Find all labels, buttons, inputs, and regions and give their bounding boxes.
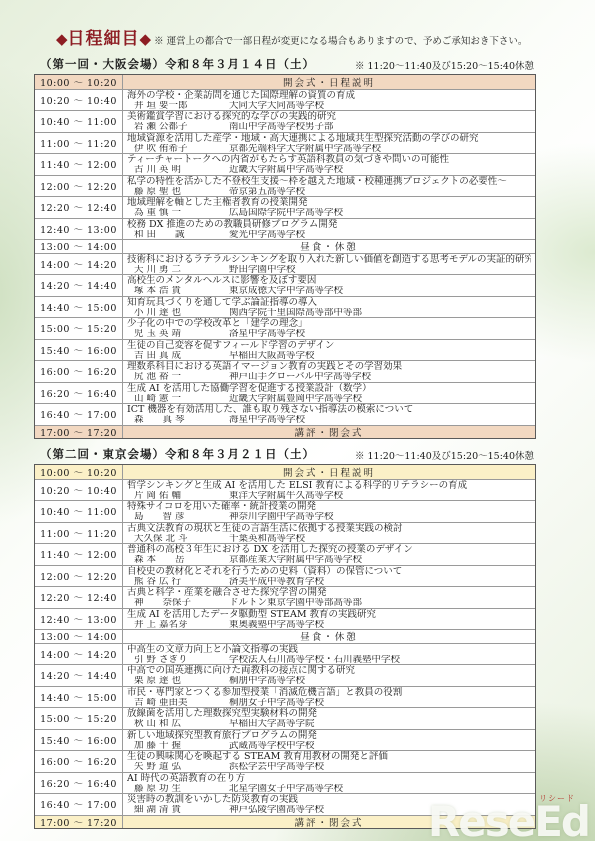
time-slot: 16:00 ～ 16:20 (35, 361, 123, 382)
ceremony-label: 講評・閉会式 (294, 815, 363, 829)
presenter-line: 山 崎 憲 一 近畿大学附属豊岡中学高等学校 (127, 394, 531, 404)
presenter-school: 東奥義塾中学高等学校 (229, 620, 324, 630)
session-cell: AI 時代の英語教育の在り方 藤 原 功 生 北星学園女子中学高等学校 (123, 773, 535, 794)
break-note: ※ 11:20～11:40及び15:20～15:40休憩 (355, 448, 534, 462)
presentation-title: 海外の学校・企業訪問を通じた国際理解の資質の育成 (127, 90, 531, 101)
presenter-school: 千葉英和高等学校 (229, 534, 305, 544)
session-cell: 生徒の自己変容を促すフィールド学習のデザイン 吉 田 真 成 早稲田大阪高等学校 (123, 340, 535, 361)
presenter-name: 吉 田 真 成 (134, 351, 226, 361)
schedule-row: 16:40 ～ 17:00 ICT 機器を有効活用した、誰も取り残さない指導法の… (35, 403, 535, 425)
presentation-title: 技術科におけるラテラルシンキングを取り入れた新しい価値を創造する思考モデルの実証… (127, 254, 531, 265)
presenter-name: 栗 原 達 也 (134, 676, 226, 686)
presentation-title: 知育玩具づくりを通して学ぶ論証指導の導入 (127, 297, 531, 308)
presenter-school: 学校法人石川高等学校・石川義塾中学校 (229, 655, 400, 665)
presenter-line: 引 野 さぎり 学校法人石川高等学校・石川義塾中学校 (127, 655, 531, 665)
watermark-logo: ReseEd (428, 797, 589, 841)
session-cell: 自校史の教材化とそれを行うための史料（資料）の保管について 熊 谷 広 行 済美… (123, 566, 535, 587)
diamond-icon: ◆ (56, 30, 68, 48)
presenter-school: 近畿大学附属豊岡中学高等学校 (229, 394, 362, 404)
schedule-row: 10:20 ～ 10:40 哲学シンキングと生成 AI を活用した ELSI 教… (35, 479, 535, 501)
schedule-row: 10:20 ～ 10:40 海外の学校・企業訪問を通じた国際理解の資質の育成 井… (35, 89, 535, 111)
schedule-row: 16:20 ～ 16:40 生成 AI を活用した協働学習を促進する授業設計（数… (35, 382, 535, 404)
schedule-row: 10:40 ～ 11:00 特殊サイコロを用いた確率・統計授業の開発 島 智 彦… (35, 500, 535, 522)
presenter-school: 京都先端科学大学附属中学高等学校 (229, 144, 381, 154)
time-slot: 11:40 ～ 12:00 (35, 544, 123, 565)
time-slot: 10:20 ～ 10:40 (35, 480, 123, 501)
schedule-row: 14:20 ～ 14:40 中高での国英連携に向けた両教科の接点に関する研究 栗… (35, 664, 535, 686)
time-slot: 11:00 ～ 11:20 (35, 133, 123, 154)
presentation-title: ICT 機器を有効活用した、誰も取り残さない指導法の模索について (127, 404, 531, 415)
presenter-school: 京都産業大学附属中学高等学校 (229, 555, 362, 565)
presenter-name: 尻 池 裕 一 (134, 372, 226, 382)
session-cell: 普通科の高校３年生における DX を活用した探究の授業のデザイン 森 本 岳 京… (123, 544, 535, 565)
schedule-row: 12:20 ～ 12:40 地域理解を軸とした主権者教育の授業開発 為 重 慎 … (35, 196, 535, 218)
presenter-school: 北星学園女子中学高等学校 (229, 784, 343, 794)
time-slot: 14:20 ～ 14:40 (35, 665, 123, 686)
presenter-name: 熊 谷 広 行 (134, 577, 226, 587)
presenter-line: 伊 吹 侑希子 京都先端科学大学附属中学高等学校 (127, 144, 531, 154)
schedule-row-ceremony: 17:00 ～ 17:20 講評・閉会式 (35, 425, 535, 439)
session-cell: 市民・専門家とつくる参加型授業「消滅危機言語」と教員の役割 吉 崎 亜由美 桐朋… (123, 687, 535, 708)
presenter-school: 広島国際学院中学高等学校 (229, 208, 343, 218)
presentation-title: 自校史の教材化とそれを行うための史料（資料）の保管について (127, 566, 531, 577)
schedule-row: 15:40 ～ 16:00 生徒の自己変容を促すフィールド学習のデザイン 吉 田… (35, 339, 535, 361)
time-slot: 10:40 ～ 11:00 (35, 111, 123, 132)
presenter-school: 神奈川学園中学高等学校 (229, 512, 334, 522)
session-cell: 少子化の中での学校改革と「建学の理念」 児 玉 英 靖 洛星中学高等学校 (123, 318, 535, 339)
session-cell: 地域理解を軸とした主権者教育の授業開発 為 重 慎 一 広島国際学院中学高等学校 (123, 197, 535, 218)
schedule-row: 14:40 ～ 15:00 市民・専門家とつくる参加型授業「消滅危機言語」と教員… (35, 686, 535, 708)
session-cell: 開会式・日程説明 (123, 75, 535, 89)
presenter-school: 関西学院千里国際高等部中等部 (229, 308, 362, 318)
presenter-name: 引 野 さぎり (134, 655, 226, 665)
time-slot: 15:00 ～ 15:20 (35, 708, 123, 729)
time-slot: 10:40 ～ 11:00 (35, 501, 123, 522)
presenter-school: ドルトン東京学園中等部高等部 (229, 598, 362, 608)
presenter-line: 井 上 嘉名芽 東奥義塾中学高等学校 (127, 620, 531, 630)
session-caption: （第一回・大阪会場）令和８年３月１４日（土） (40, 56, 315, 72)
presenter-name: 井 上 嘉名芽 (134, 620, 226, 630)
presenter-line: 秋 山 和 広 早稲田大学高等学院 (127, 719, 531, 729)
ceremony-label: 開会式・日程説明 (283, 465, 375, 479)
schedule-row: 16:00 ～ 16:20 理数系科目における英語イマージョン教育の実践とその学… (35, 360, 535, 382)
presenter-school: 近畿大学附属中学高等学校 (229, 165, 343, 175)
presenter-name: 天 川 勇 二 (134, 265, 226, 275)
session-cell: 知育玩具づくりを通して学ぶ論証指導の導入 小 川 達 也 関西学院千里国際高等部… (123, 297, 535, 318)
schedule-row: 12:00 ～ 12:20 私学の特性を活かした不登校生支援～枠を越えた地域・校… (35, 175, 535, 197)
session-cell: 特殊サイコロを用いた確率・統計授業の開発 島 智 彦 神奈川学園中学高等学校 (123, 501, 535, 522)
schedule-row-break: 13:00 ～ 14:00 昼食・休憩 (35, 629, 535, 643)
presenter-line: 森 真 琴 海星中学高等学校 (127, 415, 531, 425)
presenter-school: 南山中学高等学校男子部 (229, 122, 334, 132)
session-caption: （第二回・東京会場）令和８年３月２１日（土） (40, 446, 315, 462)
presentation-title: 地域資源を活用した産学・地域・高大連携による地域共生型探究活動の学びの研究 (127, 133, 531, 144)
presenter-name: 秋 山 和 広 (134, 719, 226, 729)
presentation-title: 特殊サイコロを用いた確率・統計授業の開発 (127, 501, 531, 512)
presenter-name: 藤 原 功 生 (134, 784, 226, 794)
schedule-row: 10:40 ～ 11:00 美術鑑賞学習における探究的な学びの実践的研究 岩 瀬… (35, 110, 535, 132)
session-cell: 講評・閉会式 (123, 426, 535, 439)
time-slot: 16:40 ～ 17:00 (35, 794, 123, 815)
presenter-school: 大同大学大同高等学校 (229, 101, 324, 111)
time-slot: 14:00 ～ 14:20 (35, 254, 123, 275)
presentation-title: 古典と科学・産業を融合させた探究学習の開発 (127, 587, 531, 598)
title-note: ※ 運営上の都合で一部日程が変更になる場合もありますので、予めご承知おき下さい。 (154, 33, 527, 47)
schedule-row: 12:20 ～ 12:40 古典と科学・産業を融合させた探究学習の開発 神 奈保… (35, 586, 535, 608)
session-cell: 地域資源を活用した産学・地域・高大連携による地域共生型探究活動の学びの研究 伊 … (123, 133, 535, 154)
schedule-row-break: 13:00 ～ 14:00 昼食・休憩 (35, 239, 535, 253)
presenter-line: 大久保 北 斗 千葉英和高等学校 (127, 534, 531, 544)
presenter-school: 洛星中学高等学校 (229, 329, 305, 339)
schedule-row-ceremony: 10:00 ～ 10:20 開会式・日程説明 (35, 75, 535, 89)
schedule-row: 11:40 ～ 12:00 普通科の高校３年生における DX を活用した探究の授… (35, 543, 535, 565)
presenter-school: 野田学園中学校 (229, 265, 296, 275)
session-cell: 古典と科学・産業を融合させた探究学習の開発 神 奈保子 ドルトン東京学園中等部高… (123, 587, 535, 608)
presentation-title: 少子化の中での学校改革と「建学の理念」 (127, 318, 531, 329)
time-slot: 12:20 ～ 12:40 (35, 587, 123, 608)
presenter-school: 愛光中学高等学校 (229, 230, 305, 240)
session-cell: 中高での国英連携に向けた両教科の接点に関する研究 栗 原 達 也 桐朋中学高等学… (123, 665, 535, 686)
session-cell: ICT 機器を有効活用した、誰も取り残さない指導法の模索について 森 真 琴 海… (123, 404, 535, 425)
presentation-title: 古典文法教育の現状と生徒の言語生活に依拠する授業実践の検討 (127, 523, 531, 534)
presentation-title: 中高での国英連携に向けた両教科の接点に関する研究 (127, 665, 531, 676)
presentation-title: 放線菌を活用した理数探究型実験材料の開発 (127, 708, 531, 719)
presenter-line: 神 奈保子 ドルトン東京学園中等部高等部 (127, 598, 531, 608)
ceremony-label: 開会式・日程説明 (283, 75, 375, 89)
presenter-school: 済美平成中等教育学校 (229, 577, 324, 587)
presentation-title: 私学の特性を活かした不登校生支援～枠を越えた地域・校種連携プロジェクトの必要性～ (127, 176, 531, 187)
presenter-name: 吉 崎 亜由美 (134, 698, 226, 708)
session-cell: 放線菌を活用した理数探究型実験材料の開発 秋 山 和 広 早稲田大学高等学院 (123, 708, 535, 729)
schedule-row: 12:00 ～ 12:20 自校史の教材化とそれを行うための史料（資料）の保管に… (35, 565, 535, 587)
schedule-row: 14:00 ～ 14:20 技術科におけるラテラルシンキングを取り入れた新しい価… (35, 253, 535, 275)
session-cell: 美術鑑賞学習における探究的な学びの実践的研究 岩 瀬 公都子 南山中学高等学校男… (123, 111, 535, 132)
schedule-row: 14:40 ～ 15:00 知育玩具づくりを通して学ぶ論証指導の導入 小 川 達… (35, 296, 535, 318)
presenter-name: 和 田 誠 (134, 230, 226, 240)
session-cell: ティーチャートークへの内省がもたらす英語科教員の気づきや問いの可能性 古 川 英… (123, 154, 535, 175)
presentation-title: 普通科の高校３年生における DX を活用した探究の授業のデザイン (127, 544, 531, 555)
schedule-row: 15:40 ～ 16:00 新しい地域探究型教育旅行プログラムの開発 加 藤 十… (35, 729, 535, 751)
presenter-line: 児 玉 英 靖 洛星中学高等学校 (127, 329, 531, 339)
break-note: ※ 11:20～11:40及び15:20～15:40休憩 (355, 58, 534, 72)
break-label: 昼食・休憩 (300, 239, 358, 253)
session-cell: 高校生のメンタルヘルスに影響を及ぼす要因 塚 本 浩 貴 東京成徳大学中学高等学… (123, 275, 535, 296)
schedule-row: 11:40 ～ 12:00 ティーチャートークへの内省がもたらす英語科教員の気づ… (35, 153, 535, 175)
presenter-line: 加 藤 十 握 武蔵高等学校中学校 (127, 741, 531, 751)
time-slot: 16:20 ～ 16:40 (35, 773, 123, 794)
session-cell: 校務 DX 推進のための教職員研修プログラム開発 和 田 誠 愛光中学高等学校 (123, 219, 535, 240)
schedule-row: 12:40 ～ 13:00 校務 DX 推進のための教職員研修プログラム開発 和… (35, 218, 535, 240)
time-slot: 12:40 ～ 13:00 (35, 219, 123, 240)
session-tokyo: （第二回・東京会場）令和８年３月２１日（土） ※ 11:20～11:40及び15… (34, 446, 536, 829)
presenter-name: 山 崎 憲 一 (134, 394, 226, 404)
time-slot: 12:00 ～ 12:20 (35, 566, 123, 587)
time-slot: 17:00 ～ 17:20 (35, 816, 123, 829)
time-slot: 13:00 ～ 14:00 (35, 240, 123, 253)
session-cell: 新しい地域探究型教育旅行プログラムの開発 加 藤 十 握 武蔵高等学校中学校 (123, 730, 535, 751)
time-slot: 11:00 ～ 11:20 (35, 523, 123, 544)
presenter-name: 井 垣 要一郎 (134, 101, 226, 111)
presentation-title: 哲学シンキングと生成 AI を活用した ELSI 教育による科学的リテラシーの育… (127, 480, 531, 491)
time-slot: 15:40 ～ 16:00 (35, 730, 123, 751)
time-slot: 15:00 ～ 15:20 (35, 318, 123, 339)
diamond-icon: ◆ (140, 30, 152, 48)
time-slot: 11:40 ～ 12:00 (35, 154, 123, 175)
presenter-name: 片 岡 佑 輔 (134, 491, 226, 501)
time-slot: 12:20 ～ 12:40 (35, 197, 123, 218)
schedule-row: 11:00 ～ 11:20 地域資源を活用した産学・地域・高大連携による地域共生… (35, 132, 535, 154)
time-slot: 14:20 ～ 14:40 (35, 275, 123, 296)
page-title: 日程細目 (68, 24, 140, 49)
presenter-line: 小 川 達 也 関西学院千里国際高等部中等部 (127, 308, 531, 318)
break-label: 昼食・休憩 (300, 629, 358, 643)
time-slot: 12:40 ～ 13:00 (35, 609, 123, 630)
presenter-name: 矢 野 道 弘 (134, 762, 226, 772)
presenter-line: 岩 瀬 公都子 南山中学高等学校男子部 (127, 122, 531, 132)
presenter-name: 岩 瀬 公都子 (134, 122, 226, 132)
schedule-row: 14:20 ～ 14:40 高校生のメンタルヘルスに影響を及ぼす要因 塚 本 浩… (35, 274, 535, 296)
session-cell: 生徒の興味関心を喚起する STEAM 教育用教材の開発と評価 矢 野 道 弘 浜… (123, 751, 535, 772)
presentation-title: 新しい地域探究型教育旅行プログラムの開発 (127, 730, 531, 741)
presenter-name: 加 藤 十 握 (134, 741, 226, 751)
session-cell: 古典文法教育の現状と生徒の言語生活に依拠する授業実践の検討 大久保 北 斗 千葉… (123, 523, 535, 544)
presenter-name: 藤 原 聖 也 (134, 187, 226, 197)
presenter-line: 為 重 慎 一 広島国際学院中学高等学校 (127, 208, 531, 218)
presenter-line: 天 川 勇 二 野田学園中学校 (127, 265, 531, 275)
time-slot: 14:40 ～ 15:00 (35, 687, 123, 708)
presenter-line: 尻 池 裕 一 神戸山手グローバル中学高等学校 (127, 372, 531, 382)
presenter-school: 早稲田大阪高等学校 (229, 351, 315, 361)
session-cell: 昼食・休憩 (123, 240, 535, 253)
schedule-row: 15:00 ～ 15:20 放線菌を活用した理数探究型実験材料の開発 秋 山 和… (35, 707, 535, 729)
presenter-line: 矢 野 道 弘 浜松学芸中学高等学校 (127, 762, 531, 772)
presenter-line: 古 川 英 明 近畿大学附属中学高等学校 (127, 165, 531, 175)
session-osaka: （第一回・大阪会場）令和８年３月１４日（土） ※ 11:20～11:40及び15… (34, 56, 536, 439)
presenter-name: 伊 吹 侑希子 (134, 144, 226, 154)
presenter-name: 森 本 岳 (134, 555, 226, 565)
schedule-row: 14:00 ～ 14:20 中高生の文章力向上と小論文指導の実践 引 野 さぎり… (35, 643, 535, 665)
presenter-line: 藤 原 功 生 北星学園女子中学高等学校 (127, 784, 531, 794)
presenter-school: 桐朋女子中学高等学校 (229, 698, 324, 708)
presenter-name: 古 川 英 明 (134, 165, 226, 175)
time-slot: 10:20 ～ 10:40 (35, 90, 123, 111)
presenter-school: 浜松学芸中学高等学校 (229, 762, 324, 772)
time-slot: 13:00 ～ 14:00 (35, 630, 123, 643)
presenter-name: 大久保 北 斗 (134, 534, 226, 544)
presenter-name: 為 重 慎 一 (134, 208, 226, 218)
schedule-row: 12:40 ～ 13:00 生成 AI を活用したデータ駆動型 STEAM 教育… (35, 608, 535, 630)
session-cell: 海外の学校・企業訪問を通じた国際理解の資質の育成 井 垣 要一郎 大同大学大同高… (123, 90, 535, 111)
schedule-table-osaka: 10:00 ～ 10:20 開会式・日程説明 10:20 ～ 10:40 海外の… (34, 74, 536, 439)
session-cell: 理数系科目における英語イマージョン教育の実践とその学習効果 尻 池 裕 一 神戸… (123, 361, 535, 382)
schedule-table-tokyo: 10:00 ～ 10:20 開会式・日程説明 10:20 ～ 10:40 哲学シ… (34, 464, 536, 829)
presenter-line: 和 田 誠 愛光中学高等学校 (127, 230, 531, 240)
presentation-title: 理数系科目における英語イマージョン教育の実践とその学習効果 (127, 361, 531, 372)
time-slot: 16:40 ～ 17:00 (35, 404, 123, 425)
presentation-title: 市民・専門家とつくる参加型授業「消滅危機言語」と教員の役割 (127, 687, 531, 698)
presentation-title: 生成 AI を活用した協働学習を促進する授業設計（数学） (127, 383, 531, 394)
time-slot: 10:00 ～ 10:20 (35, 465, 123, 479)
time-slot: 15:40 ～ 16:00 (35, 340, 123, 361)
presenter-school: 神戸山手グローバル中学高等学校 (229, 372, 371, 382)
session-cell: 生成 AI を活用したデータ駆動型 STEAM 教育の実践研究 井 上 嘉名芽 … (123, 609, 535, 630)
presenter-name: 細 湖 清 貴 (134, 805, 226, 815)
presentation-title: ティーチャートークへの内省がもたらす英語科教員の気づきや問いの可能性 (127, 154, 531, 165)
presentation-title: 高校生のメンタルヘルスに影響を及ぼす要因 (127, 275, 531, 286)
session-cell: 私学の特性を活かした不登校生支援～枠を越えた地域・校種連携プロジェクトの必要性～… (123, 176, 535, 197)
presenter-school: 武蔵高等学校中学校 (229, 741, 315, 751)
schedule-row: 11:00 ～ 11:20 古典文法教育の現状と生徒の言語生活に依拠する授業実践… (35, 522, 535, 544)
presenter-school: 帝京第五高等学校 (229, 187, 305, 197)
presenter-school: 神戸弘陵学園高等学校 (229, 805, 324, 815)
session-cell: 昼食・休憩 (123, 630, 535, 643)
presenter-line: 藤 原 聖 也 帝京第五高等学校 (127, 187, 531, 197)
reseed-watermark: リシード ReseEd (428, 795, 589, 841)
presenter-name: 塚 本 浩 貴 (134, 286, 226, 296)
presenter-school: 早稲田大学高等学院 (229, 719, 315, 729)
schedule-row: 16:00 ～ 16:20 生徒の興味関心を喚起する STEAM 教育用教材の開… (35, 750, 535, 772)
presenter-line: 片 岡 佑 輔 東洋大学附属牛久高等学校 (127, 491, 531, 501)
presentation-title: 生徒の自己変容を促すフィールド学習のデザイン (127, 340, 531, 351)
time-slot: 16:20 ～ 16:40 (35, 383, 123, 404)
document-header: ◆日程細目◆ ※ 運営上の都合で一部日程が変更になる場合もありますので、予めご承… (56, 24, 536, 49)
session-caption-row: （第二回・東京会場）令和８年３月２１日（土） ※ 11:20～11:40及び15… (40, 446, 534, 462)
presenter-line: 井 垣 要一郎 大同大学大同高等学校 (127, 101, 531, 111)
presenter-school: 東洋大学附属牛久高等学校 (229, 491, 343, 501)
session-caption-row: （第一回・大阪会場）令和８年３月１４日（土） ※ 11:20～11:40及び15… (40, 56, 534, 72)
presenter-name: 小 川 達 也 (134, 308, 226, 318)
time-slot: 12:00 ～ 12:20 (35, 176, 123, 197)
presentation-title: 中高生の文章力向上と小論文指導の実践 (127, 644, 531, 655)
presenter-name: 島 智 彦 (134, 512, 226, 522)
time-slot: 17:00 ～ 17:20 (35, 426, 123, 439)
session-cell: 開会式・日程説明 (123, 465, 535, 479)
session-cell: 生成 AI を活用した協働学習を促進する授業設計（数学） 山 崎 憲 一 近畿大… (123, 383, 535, 404)
presenter-school: 桐朋中学高等学校 (229, 676, 305, 686)
ceremony-label: 講評・閉会式 (294, 425, 363, 439)
schedule-document: ◆日程細目◆ ※ 運営上の都合で一部日程が変更になる場合もありますので、予めご承… (34, 24, 536, 835)
presenter-line: 森 本 岳 京都産業大学附属中学高等学校 (127, 555, 531, 565)
time-slot: 14:40 ～ 15:00 (35, 297, 123, 318)
presenter-name: 森 真 琴 (134, 415, 226, 425)
presenter-line: 塚 本 浩 貴 東京成徳大学中学高等学校 (127, 286, 531, 296)
presenter-line: 吉 崎 亜由美 桐朋女子中学高等学校 (127, 698, 531, 708)
presentation-title: 地域理解を軸とした主権者教育の授業開発 (127, 197, 531, 208)
presenter-line: 吉 田 真 成 早稲田大阪高等学校 (127, 351, 531, 361)
time-slot: 16:00 ～ 16:20 (35, 751, 123, 772)
presenter-line: 熊 谷 広 行 済美平成中等教育学校 (127, 577, 531, 587)
presenter-name: 神 奈保子 (134, 598, 226, 608)
presentation-title: 生成 AI を活用したデータ駆動型 STEAM 教育の実践研究 (127, 609, 531, 620)
time-slot: 10:00 ～ 10:20 (35, 75, 123, 89)
schedule-row-ceremony: 10:00 ～ 10:20 開会式・日程説明 (35, 465, 535, 479)
schedule-page: ◆日程細目◆ ※ 運営上の都合で一部日程が変更になる場合もありますので、予めご承… (0, 0, 595, 841)
presentation-title: 校務 DX 推進のための教職員研修プログラム開発 (127, 219, 531, 230)
presenter-name: 児 玉 英 靖 (134, 329, 226, 339)
presenter-school: 東京成徳大学中学高等学校 (229, 286, 343, 296)
time-slot: 14:00 ～ 14:20 (35, 644, 123, 665)
presentation-title: 生徒の興味関心を喚起する STEAM 教育用教材の開発と評価 (127, 751, 531, 762)
presentation-title: AI 時代の英語教育の在り方 (127, 773, 531, 784)
session-cell: 哲学シンキングと生成 AI を活用した ELSI 教育による科学的リテラシーの育… (123, 480, 535, 501)
session-cell: 技術科におけるラテラルシンキングを取り入れた新しい価値を創造する思考モデルの実証… (123, 254, 535, 275)
schedule-row: 15:00 ～ 15:20 少子化の中での学校改革と「建学の理念」 児 玉 英 … (35, 317, 535, 339)
presenter-line: 島 智 彦 神奈川学園中学高等学校 (127, 512, 531, 522)
schedule-row: 16:20 ～ 16:40 AI 時代の英語教育の在り方 藤 原 功 生 北星学… (35, 772, 535, 794)
presenter-line: 栗 原 達 也 桐朋中学高等学校 (127, 676, 531, 686)
presenter-school: 海星中学高等学校 (229, 415, 305, 425)
presentation-title: 美術鑑賞学習における探究的な学びの実践的研究 (127, 111, 531, 122)
session-cell: 中高生の文章力向上と小論文指導の実践 引 野 さぎり 学校法人石川高等学校・石川… (123, 644, 535, 665)
